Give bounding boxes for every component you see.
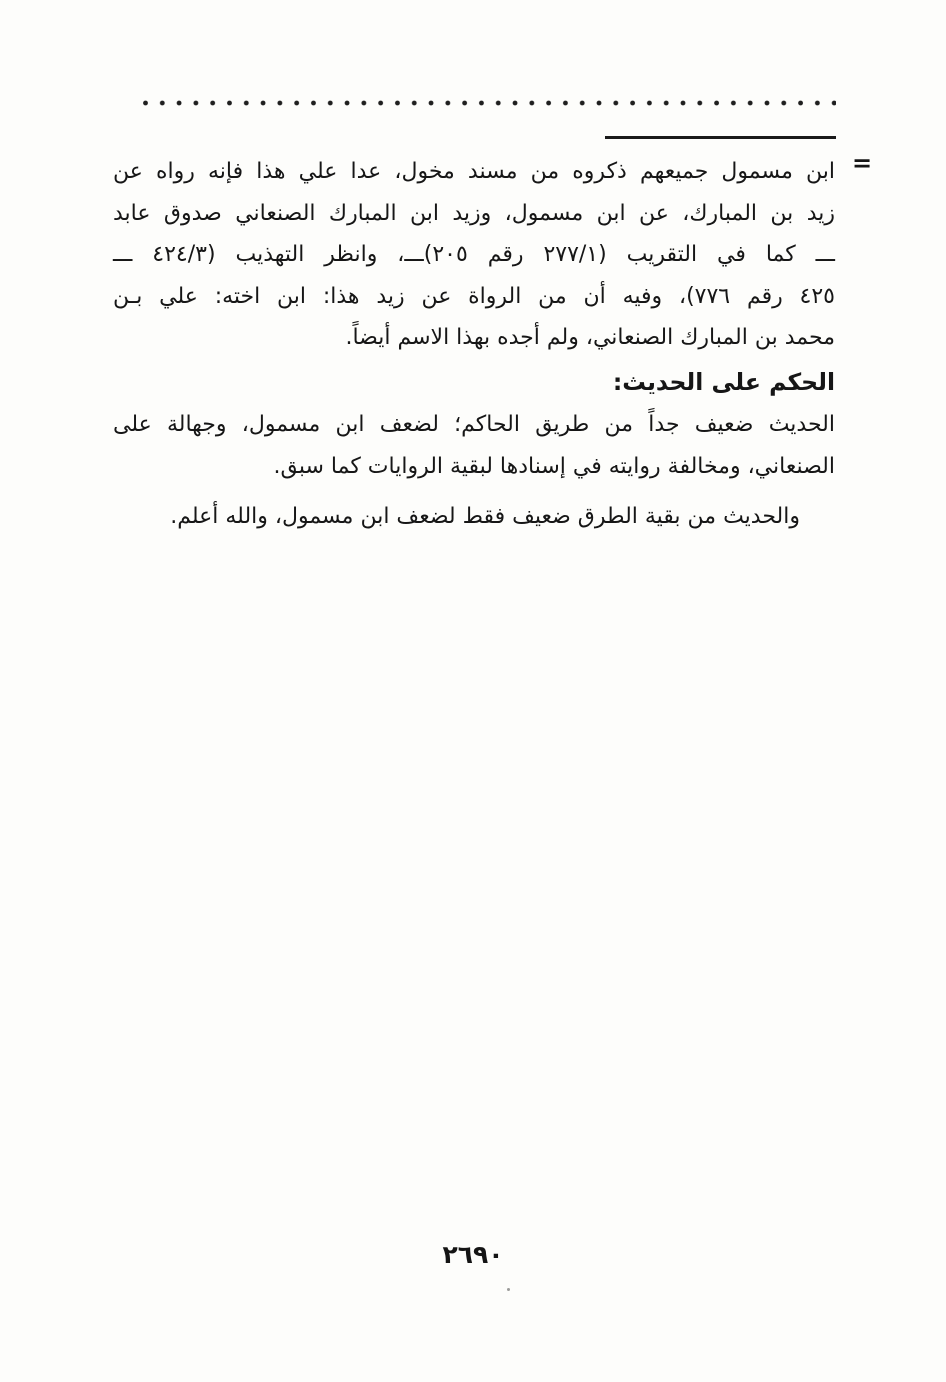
ruling-paragraph: الحديث ضعيف جداً من طريق الحاكم؛ لضعف اب… [113,404,835,487]
footnote-line: زيد بن المبارك، عن ابن مسمول، وزيد ابن ا… [113,193,835,235]
footnote-line: ـــ كما في التقريب (٢٧٧/١ رقم ٢٠٥)ـــ، و… [113,234,835,276]
footnote-line: محمد بن المبارك الصنعاني، ولم أجده بهذا … [113,317,835,359]
section-heading: الحكم على الحديث: [113,366,835,398]
dotted-separator [142,98,836,108]
scanned-book-page: = ابن مسمول جميعهم ذكروه من مسند مخول، ع… [0,0,946,1382]
footnote-line: ٤٢٥ رقم ٧٧٦)، وفيه أن من الرواة عن زيد ه… [113,276,835,318]
ruling-line: الصنعاني، ومخالفة روايته في إسنادها لبقي… [113,446,835,488]
footnote-block: ابن مسمول جميعهم ذكروه من مسند مخول، عدا… [113,151,835,359]
footnote-line: ابن مسمول جميعهم ذكروه من مسند مخول، عدا… [113,151,835,193]
scan-artifact-dot [507,1288,510,1291]
footnote-rule [605,136,836,139]
page-number: ٢٦٩٠ [0,1240,946,1269]
continuation-mark: = [848,149,876,177]
ruling-line: الحديث ضعيف جداً من طريق الحاكم؛ لضعف اب… [113,404,835,446]
conclusion-line: والحديث من بقية الطرق ضعيف فقط لضعف ابن … [145,497,800,537]
